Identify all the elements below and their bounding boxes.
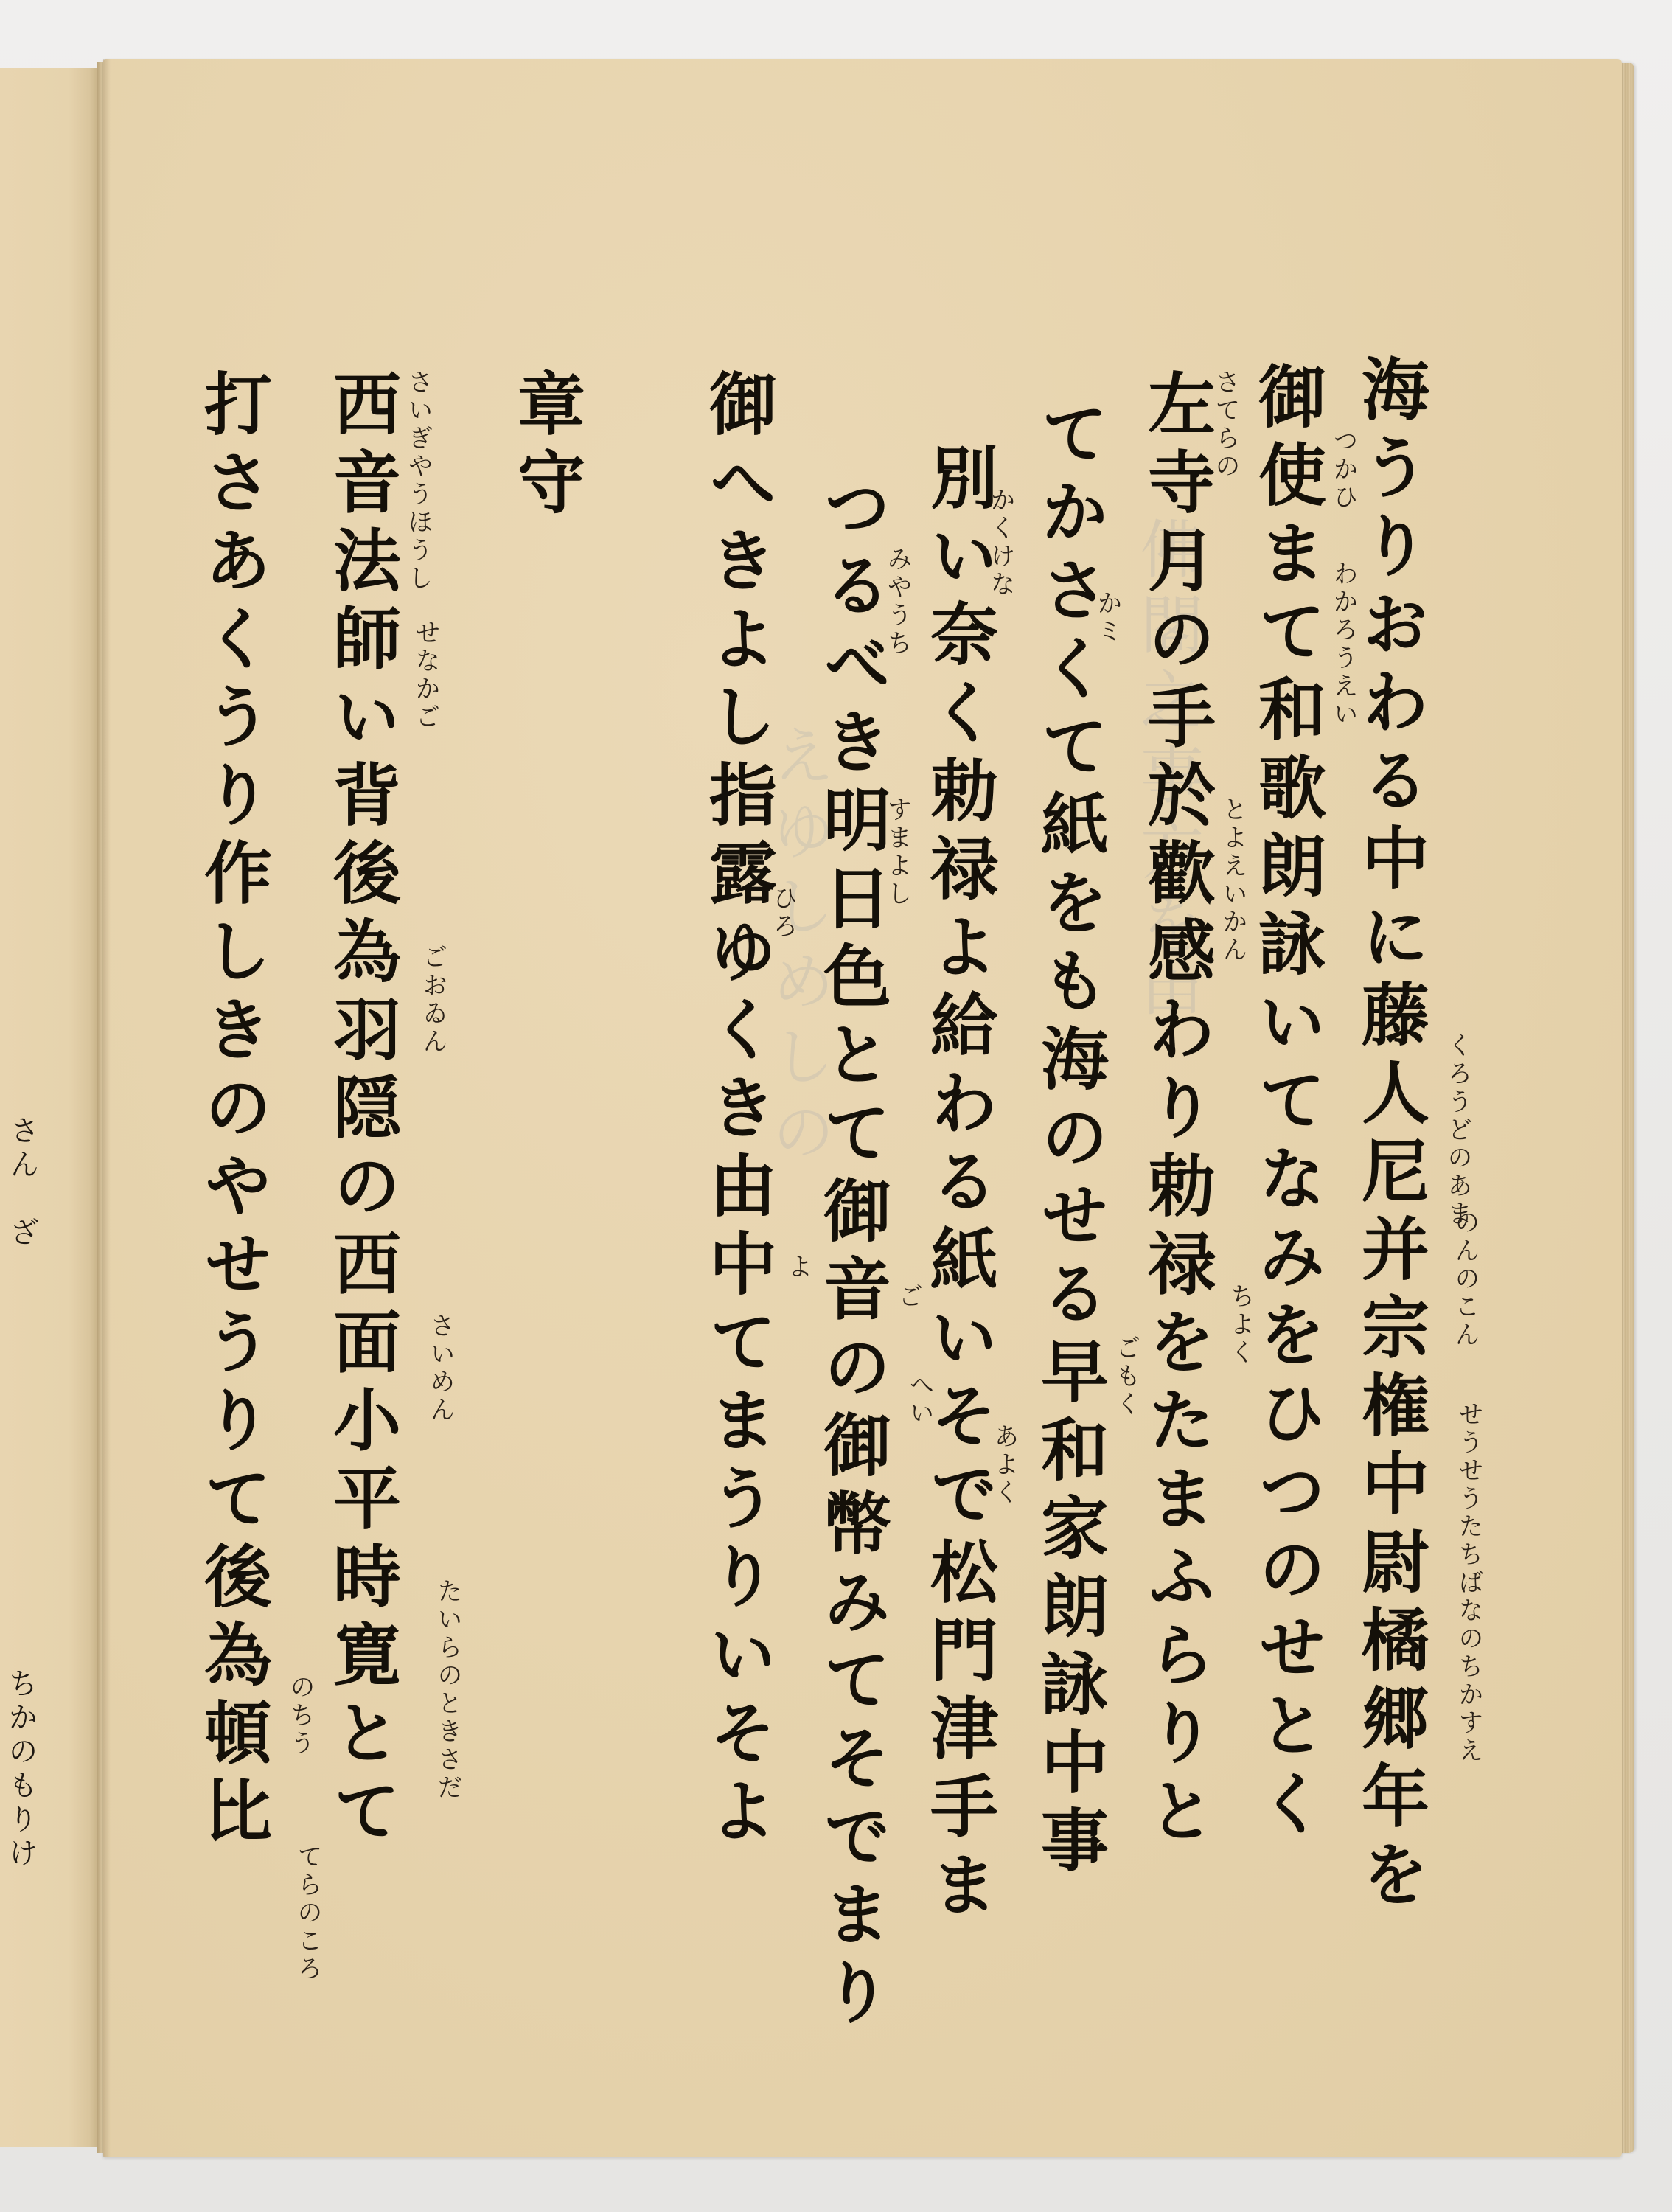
ruby-annotation: のちう — [288, 1674, 313, 1758]
left-page-text-column-1: さん ざ — [7, 1115, 37, 1251]
ruby-annotation: つかひ — [1331, 428, 1356, 512]
ruby-annotation: へい — [907, 1371, 932, 1427]
ruby-annotation: せうせうたちばなのちかすえ — [1456, 1401, 1481, 1765]
ruby-annotation: あよく — [992, 1423, 1017, 1507]
ruby-annotation: ごおゐん — [420, 944, 445, 1056]
ruby-annotation: とよえいかん — [1220, 796, 1245, 964]
ruby-annotation: せなかご — [413, 619, 438, 731]
text-column-8: 章守 — [512, 369, 580, 525]
ruby-annotation: かくけな — [988, 487, 1013, 599]
ruby-annotation: くろうどのあま — [1445, 1032, 1470, 1228]
text-column-2: 御使まて和歌朗詠いてなみをひつのせとく — [1253, 361, 1321, 1846]
ruby-annotation: さいめん — [428, 1312, 453, 1425]
ruby-annotation: たいらのときさだ — [435, 1578, 460, 1802]
ruby-annotation: さてらの — [1213, 369, 1238, 481]
ruby-annotation: さいぎやうほうし — [405, 369, 431, 593]
ruby-annotation: みやうち — [885, 546, 910, 658]
text-column-6: つるべき明日色とて御音の御幣みてそでまり — [818, 472, 886, 2035]
main-page: 佛閣之事方を申 えゆしめしの 海うりおわる中に藤人尼并宗権中尉橘郷年を くろうど… — [103, 59, 1622, 2157]
ruby-annotation: ごもく — [1113, 1335, 1138, 1419]
ruby-annotation: ちよく — [1227, 1283, 1253, 1367]
ruby-annotation: てらのころ — [295, 1843, 320, 1983]
text-column-3: 左寺月の手於歡感わり勅禄をたまふらりと — [1143, 369, 1211, 1854]
ruby-annotation: わかろうえい — [1331, 560, 1356, 728]
ruby-annotation: のんのこん — [1452, 1209, 1477, 1349]
left-page-fragment: さん ざ ちかのもりけ — [0, 68, 97, 2147]
ruby-annotation: よ — [785, 1253, 810, 1281]
text-column-10: 打さあくうり作しきのやせうりて後為頓比 — [199, 369, 267, 1854]
ruby-annotation: ひろ — [770, 885, 795, 941]
text-column-1: 海うりおわる中に藤人尼并宗権中尉橘郷年を — [1356, 354, 1424, 1917]
ruby-annotation: すまよし — [885, 796, 910, 908]
text-column-5: 別い奈く勅禄よ給わる紙いそで松門津手ま — [925, 442, 993, 1927]
left-page-text-column-2: ちかのもりけ — [6, 1668, 35, 1871]
ruby-annotation: かミ — [1095, 590, 1120, 646]
text-column-7: 御へきよし指露ゆくき由中てまうりいそよ — [704, 369, 772, 1854]
ruby-annotation: ご — [896, 1283, 921, 1311]
text-column-9: 西音法師い背後為羽隠の西面小平時寛とて — [328, 369, 396, 1854]
